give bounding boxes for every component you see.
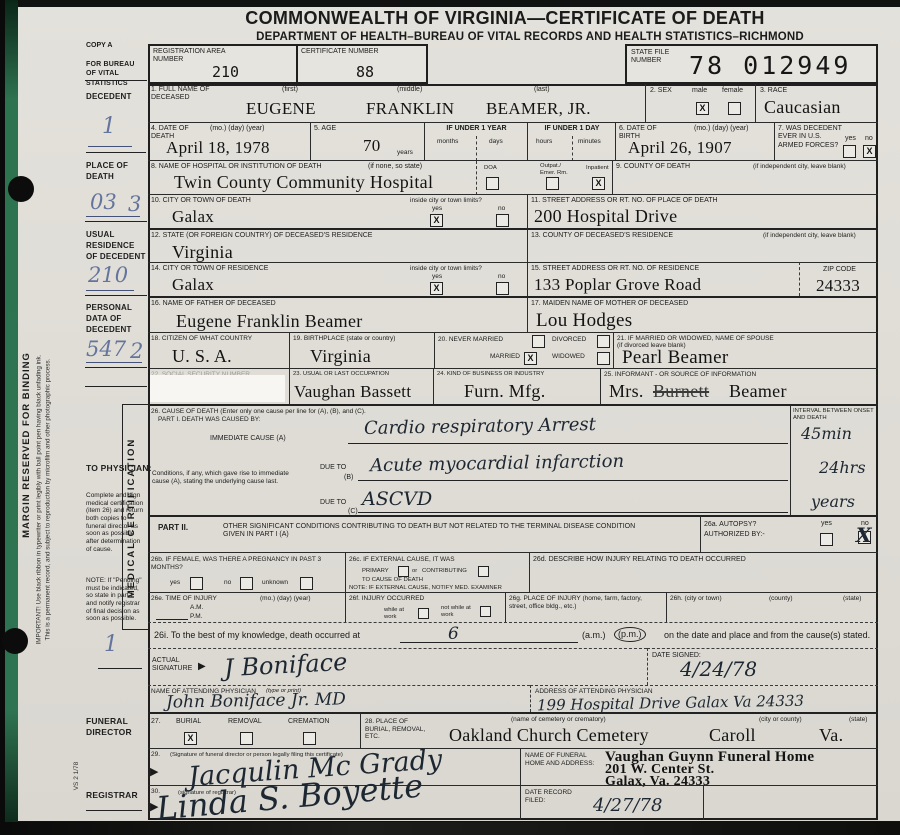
citizen-value: U. S. A. bbox=[172, 346, 232, 367]
checkbox-armed-no: X bbox=[863, 145, 876, 158]
date-filed-value: 4/27/78 bbox=[593, 795, 662, 816]
hospital-label: 8. NAME OF HOSPITAL OR INSTITUTION OF DE… bbox=[151, 163, 322, 171]
rule bbox=[86, 810, 142, 811]
informant-label: 25. INFORMANT - OR SOURCE OF INFORMATION bbox=[604, 371, 756, 379]
statement-label: 26i. To the best of my knowledge, death … bbox=[154, 630, 360, 640]
widowed-label: WIDOWED bbox=[552, 353, 585, 361]
empty-cell bbox=[703, 785, 878, 820]
place-of-burial-label: 28. PLACE OF BURIAL, REMOVAL, ETC. bbox=[365, 718, 427, 741]
field-county-residence: 13. COUNTY OF DECEASED'S RESIDENCE (if i… bbox=[527, 228, 878, 262]
county-death-hint: (if independent city, leave blank) bbox=[753, 163, 846, 171]
doa-label: DOA bbox=[484, 165, 497, 172]
divider bbox=[476, 161, 477, 195]
due-to-b-letter: (B) bbox=[344, 474, 353, 482]
field-registrar-signature: 30. (signature of registrar) ▶ Linda S. … bbox=[148, 785, 520, 820]
field-industry: 24. KIND OF BUSINESS OR INDUSTRY Furn. M… bbox=[433, 368, 600, 404]
field-cause-of-death: 26. CAUSE OF DEATH (Enter only one cause… bbox=[148, 404, 790, 515]
checkbox-limits-no bbox=[496, 214, 509, 227]
under-year-label: IF UNDER 1 YEAR bbox=[425, 125, 528, 133]
autopsy-label: 26a. AUTOPSY? bbox=[704, 521, 756, 529]
binding-margin-label: MARGIN RESERVED FOR BINDING bbox=[21, 325, 35, 565]
middle-hint: (middle) bbox=[397, 86, 422, 94]
date-signed-value: 4/24/78 bbox=[680, 657, 757, 681]
rule bbox=[348, 443, 788, 444]
rule bbox=[86, 152, 146, 153]
part1-label: PART I. DEATH WAS CAUSED BY: bbox=[158, 416, 261, 424]
checkbox-female bbox=[728, 102, 741, 115]
rule bbox=[86, 216, 140, 217]
field-date-of-birth: 6. DATE OF BIRTH (mo.) (day) (year) Apri… bbox=[615, 122, 774, 160]
checkbox-doa bbox=[486, 177, 499, 190]
age-years-label: years bbox=[397, 149, 413, 157]
city-res-label: 14. CITY OR TOWN OF RESIDENCE bbox=[151, 265, 268, 273]
limits-yes-label: yes bbox=[432, 273, 442, 281]
birthplace-value: Virginia bbox=[310, 346, 371, 367]
burial-city-hint: (city or county) bbox=[759, 716, 802, 724]
field-physician-name: NAME OF ATTENDING PHYSICIAN (type or pri… bbox=[148, 685, 530, 712]
arrow-icon: ▶ bbox=[150, 765, 158, 778]
street-res-value: 133 Poplar Grove Road bbox=[534, 275, 701, 295]
checkbox-while-at-work bbox=[418, 608, 429, 619]
cause-line-c: ASCVD bbox=[362, 488, 432, 510]
sex-label: 2. SEX bbox=[650, 87, 672, 95]
occupation-value: Vaughan Bassett bbox=[294, 382, 411, 402]
county-res-label: 13. COUNTY OF DECEASED'S RESIDENCE bbox=[531, 232, 673, 240]
father-value: Eugene Franklin Beamer bbox=[176, 311, 363, 332]
divider bbox=[476, 136, 477, 161]
injury-how-label: 26d. DESCRIBE HOW INJURY RELATING TO DEA… bbox=[533, 556, 746, 564]
checkbox-pregnancy-unknown bbox=[300, 577, 313, 590]
rule bbox=[85, 80, 147, 81]
field-date-signed: DATE SIGNED: 4/24/78 bbox=[647, 648, 878, 685]
injury-occurred-label: 26f. INJURY OCCURRED bbox=[349, 595, 424, 603]
decedent-code: 1 bbox=[102, 114, 116, 139]
margin-important-line2: This is a permanent record, and subject … bbox=[45, 300, 54, 700]
residence-code: 210 bbox=[88, 263, 128, 287]
physician-signature: J Boniface bbox=[223, 648, 348, 682]
checkbox-inpatient: X bbox=[592, 177, 605, 190]
occupation-label: 23. USUAL OR LAST OCCUPATION bbox=[293, 371, 431, 378]
page-title: COMMONWEALTH OF VIRGINIA—CERTIFICATE OF … bbox=[120, 8, 890, 29]
certificate-number-label: CERTIFICATE NUMBER bbox=[301, 48, 381, 56]
birth-date-hint: (mo.) (day) (year) bbox=[694, 125, 748, 133]
checkbox-divorced bbox=[597, 335, 610, 348]
check-mark: X bbox=[699, 103, 705, 113]
county-res-hint: (if independent city, leave blank) bbox=[763, 232, 856, 240]
sidebar-residence-label: USUAL RESIDENCE OF DECEDENT bbox=[86, 230, 148, 262]
rule bbox=[86, 362, 142, 363]
death-date-hint: (mo.) (day) (year) bbox=[210, 125, 264, 133]
am-label: A.M. bbox=[190, 604, 203, 612]
checkbox-cremation bbox=[303, 732, 316, 745]
field-full-name: 1. FULL NAME OF DECEASED (first) (middle… bbox=[148, 84, 645, 122]
interval-a-value: 45min bbox=[801, 424, 852, 443]
field-birthplace: 19. BIRTHPLACE (state or country) Virgin… bbox=[289, 332, 434, 368]
checkbox-limits-yes: X bbox=[430, 282, 443, 295]
hospital-hint: (if none, so state) bbox=[368, 163, 422, 171]
field-autopsy: 26a. AUTOPSY? AUTHORIZED BY:- yes no X bbox=[700, 515, 878, 552]
check-mark: X bbox=[595, 178, 601, 188]
while-at-work-label: while at work bbox=[384, 607, 414, 621]
field-injury-place: 26g. PLACE OF INJURY (home, farm, factor… bbox=[505, 592, 666, 622]
field-date-record-filed: DATE RECORD FILED: 4/27/78 bbox=[520, 785, 703, 820]
cremation-label: CREMATION bbox=[288, 718, 329, 726]
checkbox-limits-yes: X bbox=[430, 214, 443, 227]
field-external-cause: 26c. IF EXTERNAL CAUSE, IT WAS PRIMARY o… bbox=[345, 552, 529, 592]
place-code2: 3 bbox=[128, 192, 141, 216]
field-funeral-home: NAME OF FUNERAL HOME AND ADDRESS: Vaugha… bbox=[520, 748, 878, 785]
checkbox-widowed bbox=[597, 352, 610, 365]
rule bbox=[86, 290, 134, 291]
statement-am: (a.m.) bbox=[582, 630, 606, 640]
pm-circle: (p.m.) bbox=[614, 627, 646, 642]
rule bbox=[98, 668, 142, 669]
field-marital-status: 20. NEVER MARRIED DIVORCED MARRIED X WID… bbox=[434, 332, 613, 368]
interval-b-value: 24hrs bbox=[819, 458, 866, 477]
last-hint: (last) bbox=[534, 86, 550, 94]
physician-address-value: 199 Hospital Drive Galax Va 24333 bbox=[537, 692, 804, 715]
check-mark: X bbox=[527, 353, 533, 363]
injury-place-label: 26g. PLACE OF INJURY (home, farm, factor… bbox=[509, 595, 659, 610]
spouse-value: Pearl Beamer bbox=[622, 347, 728, 369]
part2-text: OTHER SIGNIFICANT CONDITIONS CONTRIBUTIN… bbox=[223, 523, 653, 540]
street-death-label: 11. STREET ADDRESS OR RT. NO. OF PLACE O… bbox=[531, 197, 718, 205]
outpatient-label: Outpat./ Emer. Rm. bbox=[540, 163, 574, 177]
industry-label: 24. KIND OF BUSINESS OR INDUSTRY bbox=[437, 371, 597, 378]
external-note: NOTE: IF EXTERNAL CAUSE, NOTIFY MED. EXA… bbox=[349, 585, 502, 592]
minutes-label: minutes bbox=[578, 138, 601, 146]
informant-value: Beamer bbox=[729, 381, 787, 402]
place-code: 03 bbox=[90, 190, 117, 214]
autopsy-yes-label: yes bbox=[821, 520, 832, 528]
external-to-label: TO CAUSE OF DEATH bbox=[362, 577, 423, 584]
removal-label: REMOVAL bbox=[228, 718, 262, 726]
interval-label: INTERVAL BETWEEN ONSET AND DEATH bbox=[793, 408, 875, 422]
field-mother: 17. MAIDEN NAME OF MOTHER OF DECEASED Lo… bbox=[527, 296, 878, 332]
limits-no-label: no bbox=[498, 273, 505, 281]
pregnancy-label: 26b. IF FEMALE, WAS THERE A PREGNANCY IN… bbox=[151, 556, 331, 571]
punch-hole bbox=[2, 628, 28, 654]
rule bbox=[85, 295, 147, 296]
field-statement: 26i. To the best of my knowledge, death … bbox=[148, 622, 878, 648]
rule bbox=[358, 512, 788, 513]
burial-state-value: Va. bbox=[819, 725, 843, 746]
full-name-label: 1. FULL NAME OF DECEASED bbox=[151, 86, 221, 103]
field-spouse: 21. IF MARRIED OR WIDOWED, NAME OF SPOUS… bbox=[613, 332, 878, 368]
field-citizen: 18. CITIZEN OF WHAT COUNTRY U. S. A. bbox=[148, 332, 289, 368]
state-res-value: Virginia bbox=[172, 242, 233, 263]
bureau-label: FOR BUREAU OF VITAL STATISTICS bbox=[86, 60, 146, 88]
certificate-number-value: 88 bbox=[356, 63, 374, 81]
funeral-home-label: NAME OF FUNERAL HOME AND ADDRESS: bbox=[525, 752, 595, 767]
check-mark: X bbox=[866, 146, 872, 156]
limits-label: inside city or town limits? bbox=[410, 265, 482, 273]
first-name-value: EUGENE bbox=[246, 99, 316, 119]
sex-male-label: male bbox=[692, 87, 707, 95]
checkbox-male: X bbox=[696, 102, 709, 115]
injury-city-label: 26h. (city or town) bbox=[670, 595, 722, 603]
mother-label: 17. MAIDEN NAME OF MOTHER OF DECEASED bbox=[531, 300, 688, 308]
field-armed-forces: 7. WAS DECEDENT EVER IN U.S. ARMED FORCE… bbox=[774, 122, 878, 160]
county-death-label: 9. COUNTY OF DEATH bbox=[616, 163, 690, 171]
field-if-under-1-year: IF UNDER 1 YEAR months days bbox=[424, 122, 527, 160]
state-file-value: 78 012949 bbox=[689, 51, 851, 80]
cause-line-b: Acute myocardial infarction bbox=[370, 451, 624, 476]
checkbox-pregnancy-yes bbox=[190, 577, 203, 590]
field-street-residence: 15. STREET ADDRESS OR RT. NO. OF RESIDEN… bbox=[527, 262, 799, 296]
field-injury-description: 26d. DESCRIBE HOW INJURY RELATING TO DEA… bbox=[529, 552, 878, 592]
field-race: 3. RACE Caucasian bbox=[755, 84, 878, 122]
cemetery-hint: (name of cemetery or crematory) bbox=[511, 716, 606, 724]
checkbox-not-while-at-work bbox=[480, 606, 491, 617]
field-pregnancy: 26b. IF FEMALE, WAS THERE A PREGNANCY IN… bbox=[148, 552, 345, 592]
street-death-value: 200 Hospital Drive bbox=[534, 206, 677, 227]
immediate-cause-label: IMMEDIATE CAUSE (A) bbox=[210, 435, 286, 443]
birthplace-label: 19. BIRTHPLACE (state or country) bbox=[293, 335, 431, 343]
injury-time-label: 26e. TIME OF INJURY bbox=[151, 595, 217, 603]
last-name-value: BEAMER, JR. bbox=[486, 99, 591, 119]
field-father: 16. NAME OF FATHER OF DECEASED Eugene Fr… bbox=[148, 296, 527, 332]
field-occupation: 23. USUAL OR LAST OCCUPATION Vaughan Bas… bbox=[289, 368, 433, 404]
field-zip: ZIP CODE 24333 bbox=[799, 262, 878, 296]
rule bbox=[85, 221, 147, 222]
pregnancy-no-label: no bbox=[224, 579, 231, 587]
pregnancy-unknown-label: unknown bbox=[262, 579, 288, 587]
checkbox-pregnancy-no bbox=[240, 577, 253, 590]
field-interval: INTERVAL BETWEEN ONSET AND DEATH 45min 2… bbox=[790, 404, 878, 515]
armed-yes-label: yes bbox=[845, 135, 856, 143]
first-hint: (first) bbox=[282, 86, 298, 94]
statement-time-value: 6 bbox=[448, 624, 459, 644]
punch-hole bbox=[8, 176, 34, 202]
check-mark: X bbox=[187, 733, 193, 743]
cemetery-value: Oakland Church Cemetery bbox=[449, 725, 649, 746]
note-code: 1 bbox=[104, 632, 118, 657]
state-file-number-box: STATE FILE NUMBER 78 012949 bbox=[625, 44, 878, 84]
divider bbox=[572, 136, 573, 161]
director-label: 29. bbox=[151, 751, 160, 759]
mother-value: Lou Hodges bbox=[536, 310, 632, 332]
pregnancy-yes-label: yes bbox=[170, 579, 180, 587]
part2-label: PART II. bbox=[158, 523, 188, 533]
inpatient-label: Inpatient bbox=[586, 165, 609, 172]
field-city-of-death: 10. CITY OR TOWN OF DEATH inside city or… bbox=[148, 194, 527, 228]
never-married-label: 20. NEVER MARRIED bbox=[438, 336, 503, 344]
street-res-label: 15. STREET ADDRESS OR RT. NO. OF RESIDEN… bbox=[531, 265, 699, 273]
cause-label: 26. CAUSE OF DEATH (Enter only one cause… bbox=[151, 408, 366, 416]
checkbox-limits-no bbox=[496, 282, 509, 295]
field-ssn: 22. SOCIAL SECURITY NUMBER bbox=[148, 368, 289, 404]
checkbox-autopsy-yes bbox=[820, 533, 833, 546]
personal-code2: 2 bbox=[130, 339, 143, 363]
check-mark: X bbox=[433, 215, 439, 225]
age-label: 5. AGE bbox=[314, 125, 336, 133]
scan-edge-bottom bbox=[0, 822, 900, 835]
field-county-of-death: 9. COUNTY OF DEATH (if independent city,… bbox=[612, 160, 878, 194]
checkbox-removal bbox=[240, 732, 253, 745]
armed-label: 7. WAS DECEDENT EVER IN U.S. ARMED FORCE… bbox=[778, 125, 842, 150]
pm-label: P.M. bbox=[190, 613, 203, 621]
armed-no-label: no bbox=[865, 135, 873, 143]
burial-city-value: Caroll bbox=[709, 725, 756, 746]
city-death-value: Galax bbox=[172, 207, 214, 227]
field-if-under-1-day: IF UNDER 1 DAY hours minutes bbox=[527, 122, 615, 160]
burial-label: BURIAL bbox=[176, 718, 201, 726]
state-res-label: 12. STATE (OR FOREIGN COUNTRY) OF DECEAS… bbox=[151, 232, 372, 240]
scan-edge bbox=[0, 0, 5, 835]
pending-note: NOTE: If "Pending" must be indicated, so… bbox=[86, 577, 144, 623]
field-age: 5. AGE 70 years bbox=[310, 122, 424, 160]
external-label: 26c. IF EXTERNAL CAUSE, IT WAS bbox=[349, 556, 455, 564]
field-street-of-death: 11. STREET ADDRESS OR RT. NO. OF PLACE O… bbox=[527, 194, 878, 228]
rule bbox=[85, 367, 147, 368]
checkbox-outpatient bbox=[546, 177, 559, 190]
death-date-value: April 18, 1978 bbox=[166, 138, 270, 158]
rule bbox=[358, 480, 788, 481]
white-out-patch bbox=[150, 375, 285, 402]
certificate-number-box: CERTIFICATE NUMBER 88 bbox=[296, 44, 428, 84]
interval-c-value: years bbox=[811, 492, 855, 511]
hours-label: hours bbox=[536, 138, 552, 146]
checkbox-contributing bbox=[478, 566, 489, 577]
sidebar-personal-label: PERSONAL DATA OF DECEDENT bbox=[86, 303, 148, 335]
cause-line-a: Cardio respiratory Arrest bbox=[364, 414, 596, 439]
registration-area-box: REGISTRATION AREA NUMBER 210 bbox=[148, 44, 298, 84]
field-city-residence: 14. CITY OR TOWN OF RESIDENCE inside cit… bbox=[148, 262, 527, 296]
field-date-of-death: 4. DATE OF DEATH (mo.) (day) (year) Apri… bbox=[148, 122, 310, 160]
checkbox-married: X bbox=[524, 352, 537, 365]
personal-code: 547 bbox=[86, 337, 126, 361]
autopsy-no-mark: X bbox=[856, 523, 872, 547]
limits-label: inside city or town limits? bbox=[410, 197, 482, 205]
autopsy-label2: AUTHORIZED BY:- bbox=[704, 531, 765, 539]
birth-date-value: April 26, 1907 bbox=[628, 138, 732, 158]
field-informant: 25. INFORMANT - OR SOURCE OF INFORMATION… bbox=[600, 368, 878, 404]
field-injury-time: 26e. TIME OF INJURY (mo.) (day) (year) A… bbox=[148, 592, 345, 622]
father-label: 16. NAME OF FATHER OF DECEASED bbox=[151, 300, 276, 308]
conditions-note: Conditions, if any, which gave rise to i… bbox=[152, 470, 302, 485]
statement-rest: on the date and place and from the cause… bbox=[664, 630, 870, 640]
age-value: 70 bbox=[363, 136, 381, 156]
rule bbox=[88, 146, 132, 147]
checkbox-armed-yes bbox=[843, 145, 856, 158]
informant-struck-text: Burnett bbox=[653, 381, 709, 402]
disposition-label: 27. bbox=[151, 718, 161, 726]
field-injury-city: 26h. (city or town) (county) (state) bbox=[666, 592, 878, 622]
field-place-of-burial: 28. PLACE OF BURIAL, REMOVAL, ETC. (name… bbox=[360, 712, 878, 748]
due-to-c-label: DUE TO bbox=[320, 499, 346, 507]
race-value: Caucasian bbox=[764, 97, 841, 118]
days-label: days bbox=[489, 138, 503, 146]
due-to-b-label: DUE TO bbox=[320, 464, 346, 472]
not-while-at-work-label: not while at work bbox=[441, 605, 475, 619]
field-actual-signature: ACTUAL SIGNATURE ▶ J Boniface bbox=[148, 648, 647, 685]
field-hospital: 8. NAME OF HOSPITAL OR INSTITUTION OF DE… bbox=[148, 160, 612, 194]
injury-state-label: (state) bbox=[843, 595, 861, 603]
city-res-value: Galax bbox=[172, 275, 214, 295]
date-filed-label: DATE RECORD FILED: bbox=[525, 789, 585, 804]
page-subtitle: DEPARTMENT OF HEALTH–BUREAU OF VITAL REC… bbox=[160, 31, 900, 43]
zip-label: ZIP CODE bbox=[800, 266, 879, 274]
form-number-label: VS 2 1/78 bbox=[73, 751, 81, 801]
registration-area-value: 210 bbox=[212, 63, 239, 81]
rule bbox=[85, 386, 147, 387]
arrow-icon: ▶ bbox=[198, 661, 206, 672]
under-day-label: IF UNDER 1 DAY bbox=[528, 125, 616, 133]
state-file-label: STATE FILE NUMBER bbox=[631, 49, 686, 66]
external-contributing-label: CONTRIBUTING bbox=[422, 568, 467, 575]
sidebar-funeral-label: FUNERAL DIRECTOR bbox=[86, 716, 146, 739]
divorced-label: DIVORCED bbox=[552, 336, 586, 344]
city-death-label: 10. CITY OR TOWN OF DEATH bbox=[151, 197, 251, 205]
physician-name-value: John Boniface Jr. MD bbox=[166, 689, 346, 712]
zip-value: 24333 bbox=[816, 276, 860, 296]
checkbox-burial: X bbox=[184, 732, 197, 745]
sidebar-place-label: PLACE OF DEATH bbox=[86, 161, 141, 183]
signature-label: SIGNATURE bbox=[152, 665, 192, 673]
death-certificate-scan: COMMONWEALTH OF VIRGINIA—CERTIFICATE OF … bbox=[0, 0, 900, 835]
married-label: MARRIED bbox=[490, 353, 520, 361]
checkbox-never-married bbox=[532, 335, 545, 348]
industry-value: Furn. Mfg. bbox=[464, 381, 546, 402]
field-injury-occurred: 26f. INJURY OCCURRED while at work not w… bbox=[345, 592, 505, 622]
field-sex: 2. SEX male female X bbox=[645, 84, 755, 122]
burial-state-hint: (state) bbox=[849, 716, 867, 724]
check-mark: X bbox=[433, 283, 439, 293]
injury-county-label: (county) bbox=[769, 595, 792, 603]
field-physician-address: ADDRESS OF ATTENDING PHYSICIAN 199 Hospi… bbox=[530, 685, 878, 712]
sidebar-physician-label: TO PHYSICIAN: bbox=[86, 463, 152, 474]
statement-pm-circled: (p.m.) bbox=[614, 627, 646, 642]
physician-instructions: Complete and sign medical certification … bbox=[86, 492, 144, 553]
margin-important-line1: IMPORTANT! Use black ribbon in typewrite… bbox=[36, 300, 45, 700]
months-label: months bbox=[437, 138, 458, 146]
injury-time-hint: (mo.) (day) (year) bbox=[260, 595, 311, 603]
limits-yes-label: yes bbox=[432, 205, 442, 213]
checkbox-primary bbox=[398, 566, 409, 577]
external-primary-label: PRIMARY bbox=[362, 568, 389, 575]
field-state-residence: 12. STATE (OR FOREIGN COUNTRY) OF DECEAS… bbox=[148, 228, 527, 262]
field-disposition: 27. BURIAL REMOVAL CREMATION X bbox=[148, 712, 360, 748]
copy-label: COPY A bbox=[86, 42, 112, 50]
sidebar-registrar-label: REGISTRAR bbox=[86, 790, 138, 801]
rule bbox=[400, 642, 578, 643]
middle-name-value: FRANKLIN bbox=[366, 99, 454, 119]
informant-prefix: Mrs. bbox=[609, 381, 644, 402]
hospital-value: Twin County Community Hospital bbox=[174, 172, 433, 193]
sex-female-label: female bbox=[722, 87, 743, 95]
rule bbox=[156, 619, 188, 620]
race-label: 3. RACE bbox=[760, 87, 787, 95]
limits-no-label: no bbox=[498, 205, 505, 213]
sidebar-decedent-label: DECEDENT bbox=[86, 92, 132, 103]
external-or-label: or bbox=[412, 568, 417, 575]
field-part2: PART II. OTHER SIGNIFICANT CONDITIONS CO… bbox=[148, 515, 700, 552]
citizen-label: 18. CITIZEN OF WHAT COUNTRY bbox=[151, 335, 281, 343]
